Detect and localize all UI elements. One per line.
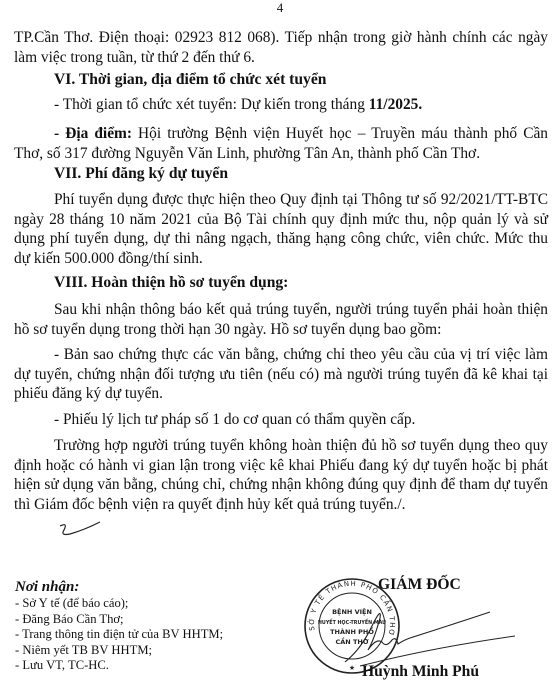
recipient-item: - Lưu VT, TC-HC. <box>15 658 223 674</box>
signer-title: GIÁM ĐỐC <box>378 576 461 594</box>
page-number: 4 <box>0 0 560 16</box>
contact-paragraph: TP.Cần Thơ. Điện thoại: 02923 812 068). … <box>14 28 548 67</box>
section-8-item-2: - Phiếu lý lịch tư pháp số 1 do cơ quan … <box>14 410 548 430</box>
section-7-text: Phí tuyển dụng được thực hiện theo Quy đ… <box>14 190 548 268</box>
closing-text: Trường hợp người trúng tuyển không hoàn … <box>14 437 548 513</box>
time-value: 11/2025. <box>369 96 422 113</box>
section-8-closing: Trường hợp người trúng tuyển không hoàn … <box>14 436 548 514</box>
recipients-title: Nơi nhận: <box>15 578 223 596</box>
handwritten-signature-icon <box>340 600 530 670</box>
recipient-item: - Sở Y tế (để báo cáo); <box>15 596 223 612</box>
section-6-heading: VI. Thời gian, địa điểm tổ chức xét tuyể… <box>54 70 326 90</box>
item-2-text: - Phiếu lý lịch tư pháp số 1 do cơ quan … <box>54 411 415 428</box>
section-6-time: - Thời gian tổ chức xét tuyển: Dự kiến t… <box>14 95 548 115</box>
section-6-place: - Địa điểm: Hội trường Bệnh viện Huyết h… <box>14 124 548 163</box>
item-1-text: - Bản sao chứng thực các văn bằng, chứng… <box>14 346 548 402</box>
section-8-intro: Sau khi nhận thông báo kết quả trúng tuy… <box>14 300 548 339</box>
section-8-heading: VIII. Hoàn thiện hồ sơ tuyển dụng: <box>54 273 288 293</box>
section-7-heading: VII. Phí đăng ký dự tuyển <box>54 164 228 184</box>
recipient-item: - Trang thông tin điện tử của BV HHTM; <box>15 627 223 643</box>
recipient-item: - Niêm yết TB BV HHTM; <box>15 643 223 659</box>
recipients-block: Nơi nhận: - Sở Y tế (để báo cáo); - Đăng… <box>15 578 223 674</box>
initial-mark-icon <box>56 520 106 540</box>
signer-name: Huỳnh Minh Phú <box>362 663 479 681</box>
place-label: - Địa điểm: <box>54 125 132 142</box>
fee-text: Phí tuyển dụng được thực hiện theo Quy đ… <box>14 191 548 267</box>
time-label: - Thời gian tổ chức xét tuyển: Dự kiến t… <box>54 96 369 113</box>
section-8-item-1: - Bản sao chứng thực các văn bằng, chứng… <box>14 345 548 404</box>
intro-text: Sau khi nhận thông báo kết quả trúng tuy… <box>14 301 548 338</box>
recipient-item: - Đăng Báo Cần Thơ; <box>15 612 223 628</box>
